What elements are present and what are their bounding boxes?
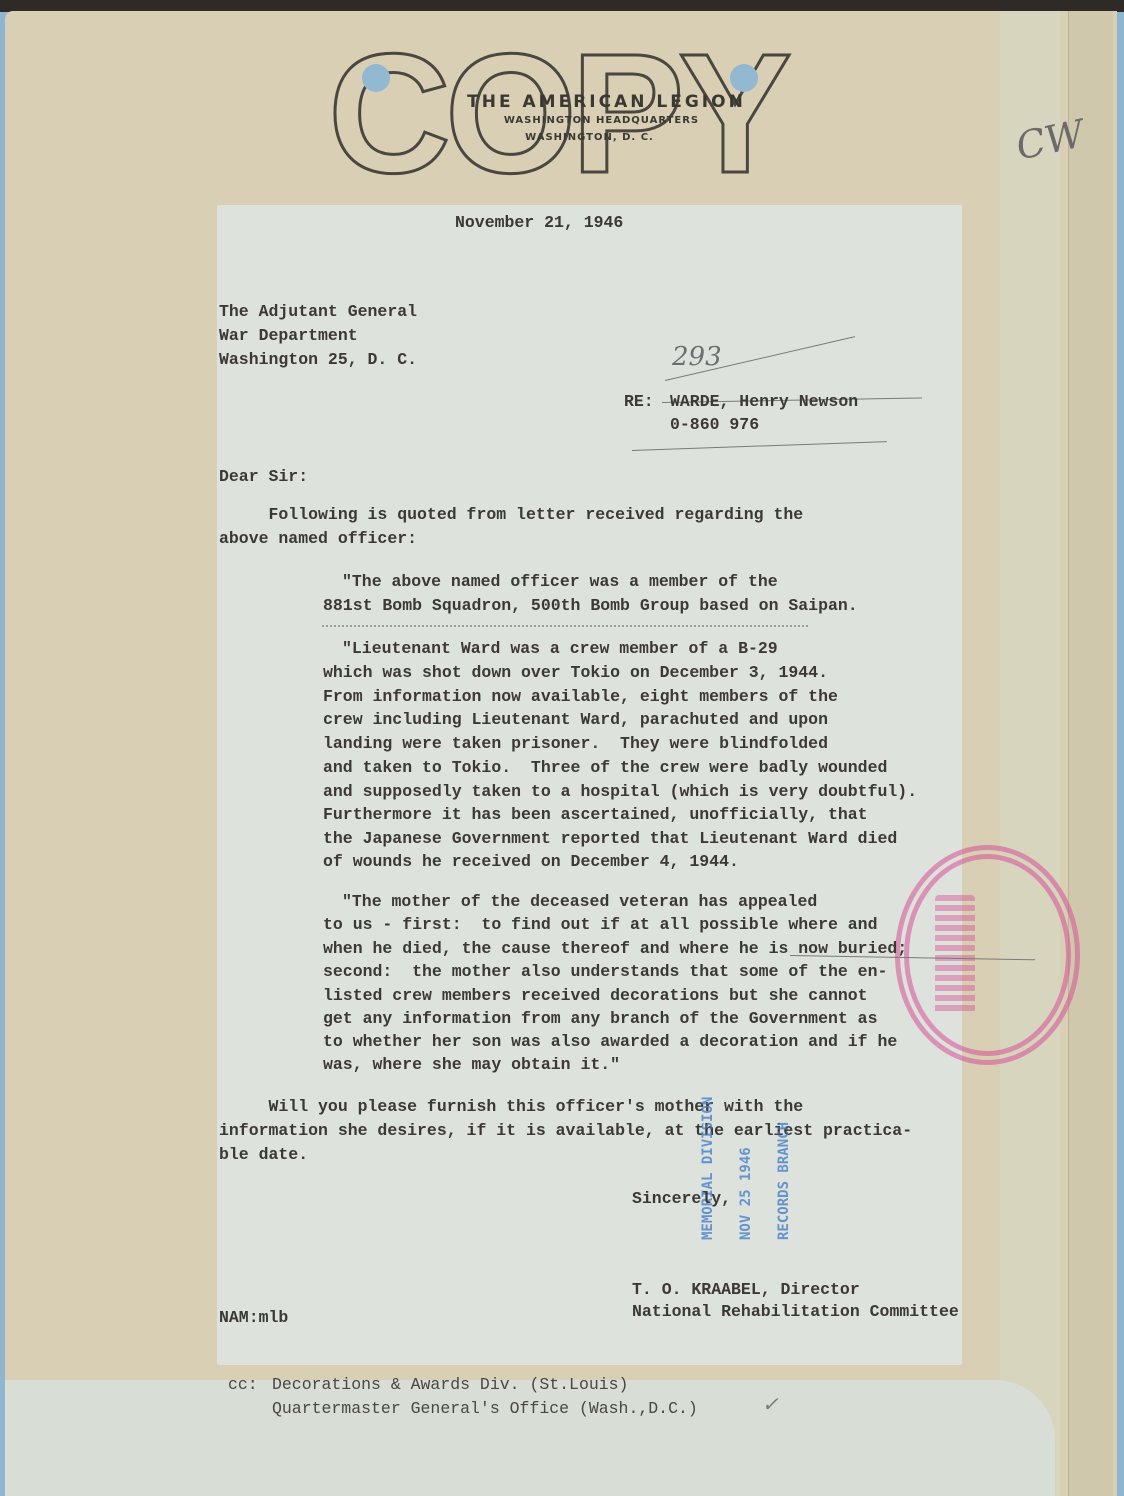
quote-line: landing were taken prisoner. They were b… (323, 732, 828, 756)
signature-name: T. O. KRAABEL, Director (632, 1278, 860, 1302)
punch-hole-icon (362, 64, 390, 92)
closing: Sincerely, (632, 1187, 731, 1211)
recipient-line: War Department (219, 324, 358, 348)
letter-date: November 21, 1946 (455, 211, 623, 235)
punch-hole-icon (730, 64, 758, 92)
org-subtitle: WASHINGTON HEADQUARTERS (328, 115, 843, 126)
request-line: information she desires, if it is availa… (219, 1119, 912, 1143)
quote-line: "The mother of the deceased veteran has … (342, 890, 817, 914)
intro-line: Following is quoted from letter received… (219, 503, 803, 527)
cc-recipient: Quartermaster General's Office (Wash.,D.… (272, 1397, 698, 1421)
blue-received-stamp-line: NOV 25 1946 (738, 1147, 754, 1240)
quote-line: was, where she may obtain it." (323, 1053, 620, 1077)
quote-line: to whether her son was also awarded a de… (323, 1030, 897, 1054)
quote-line: From information now available, eight me… (323, 685, 838, 709)
typist-initials: NAM:mlb (219, 1306, 288, 1330)
quote-line: to us - first: to find out if at all pos… (323, 913, 878, 937)
red-seal-stamp (895, 845, 1080, 1065)
quote-line: the Japanese Government reported that Li… (323, 827, 897, 851)
blue-received-stamp-line: MEMORIAL DIVISION (700, 1097, 716, 1240)
quote-line: and taken to Tokio. Three of the crew we… (323, 756, 887, 780)
red-seal-characters (935, 895, 975, 1015)
quote-line: listed crew members received decorations… (323, 984, 868, 1008)
quote-line: which was shot down over Tokio on Decemb… (323, 661, 828, 685)
pencil-wavy-underline (322, 621, 808, 627)
quote-line: Furthermore it has been ascertained, uno… (323, 803, 868, 827)
recipient-line: Washington 25, D. C. (219, 348, 417, 372)
reference-name: WARDE, Henry Newson (670, 390, 858, 414)
quote-line: 881st Bomb Squadron, 500th Bomb Group ba… (323, 594, 858, 618)
signature-title: National Rehabilitation Committee (632, 1300, 959, 1324)
quote-line: "Lieutenant Ward was a crew member of a … (342, 637, 778, 661)
cc-recipient: Decorations & Awards Div. (St.Louis) (272, 1373, 628, 1397)
letterhead: COPY THE AMERICAN LEGION WASHINGTON HEAD… (328, 42, 843, 182)
quote-line: and supposedly taken to a hospital (whic… (323, 780, 917, 804)
paper-right-edge (1068, 11, 1113, 1496)
reference-serial: 0-860 976 (670, 413, 759, 437)
recipient-line: The Adjutant General (219, 300, 417, 324)
quote-line: second: the mother also understands that… (323, 960, 887, 984)
request-line: ble date. (219, 1143, 308, 1167)
blue-received-stamp-line: RECORDS BRANCH (776, 1122, 792, 1240)
org-name: THE AMERICAN LEGION (328, 92, 843, 112)
salutation: Dear Sir: (219, 465, 308, 489)
quote-line: of wounds he received on December 4, 194… (323, 850, 739, 874)
reference-label: RE: (624, 390, 654, 414)
quote-line: when he died, the cause thereof and wher… (323, 937, 907, 961)
copy-stamp-word: COPY (328, 34, 786, 194)
quote-line: "The above named officer was a member of… (342, 570, 778, 594)
check-mark-icon: ✓ (762, 1392, 779, 1416)
paper-fold-highlight (1000, 11, 1060, 1496)
quote-line: crew including Lieutenant Ward, parachut… (323, 708, 828, 732)
cc-label: cc: (228, 1373, 258, 1397)
intro-line: above named officer: (219, 527, 417, 551)
quote-line: get any information from any branch of t… (323, 1007, 878, 1031)
org-city: WASHINGTON, D. C. (328, 132, 843, 143)
